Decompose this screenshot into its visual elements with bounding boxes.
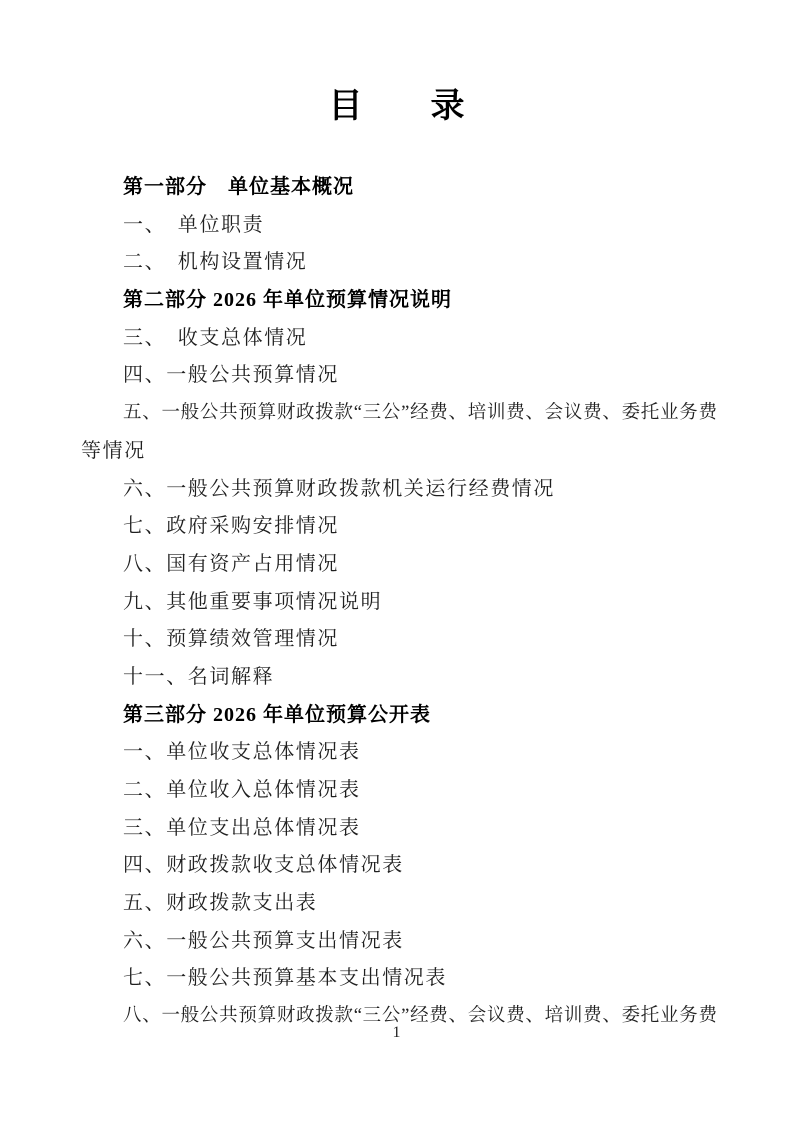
toc-entry: 三、单位支出总体情况表 [81,810,717,848]
toc-entry: 第二部分 2026 年单位预算情况说明 [81,282,717,320]
page-title: 目 录 [0,78,793,127]
toc-entry: 二、单位收入总体情况表 [81,772,717,810]
document-page: 目 录 第一部分 单位基本概况一、 单位职责二、 机构设置情况第二部分 2026… [0,0,793,1122]
toc-entry: 六、一般公共预算支出情况表 [81,923,717,961]
page-number: 1 [0,1024,793,1042]
toc-entry: 四、一般公共预算情况 [81,357,717,395]
toc-entry: 八、国有资产占用情况 [81,546,717,584]
toc-list: 第一部分 单位基本概况一、 单位职责二、 机构设置情况第二部分 2026 年单位… [81,169,717,1036]
toc-entry: 一、 单位职责 [81,207,717,245]
toc-entry: 四、财政拨款收支总体情况表 [81,847,717,885]
toc-entry: 第一部分 单位基本概况 [81,169,717,207]
toc-entry: 九、其他重要事项情况说明 [81,584,717,622]
toc-entry: 七、政府采购安排情况 [81,508,717,546]
toc-entry: 一、单位收支总体情况表 [81,734,717,772]
toc-entry: 十、预算绩效管理情况 [81,621,717,659]
toc-entry: 七、一般公共预算基本支出情况表 [81,960,717,998]
toc-entry: 五、财政拨款支出表 [81,885,717,923]
toc-entry: 三、 收支总体情况 [81,320,717,358]
toc-entry: 六、一般公共预算财政拨款机关运行经费情况 [81,471,717,509]
toc-entry: 第三部分 2026 年单位预算公开表 [81,697,717,735]
toc-entry: 二、 机构设置情况 [81,244,717,282]
toc-entry: 五、一般公共预算财政拨款“三公”经费、培训费、会议费、委托业务费 [81,395,717,433]
toc-entry: 等情况 [81,433,717,471]
toc-entry: 十一、名词解释 [81,659,717,697]
